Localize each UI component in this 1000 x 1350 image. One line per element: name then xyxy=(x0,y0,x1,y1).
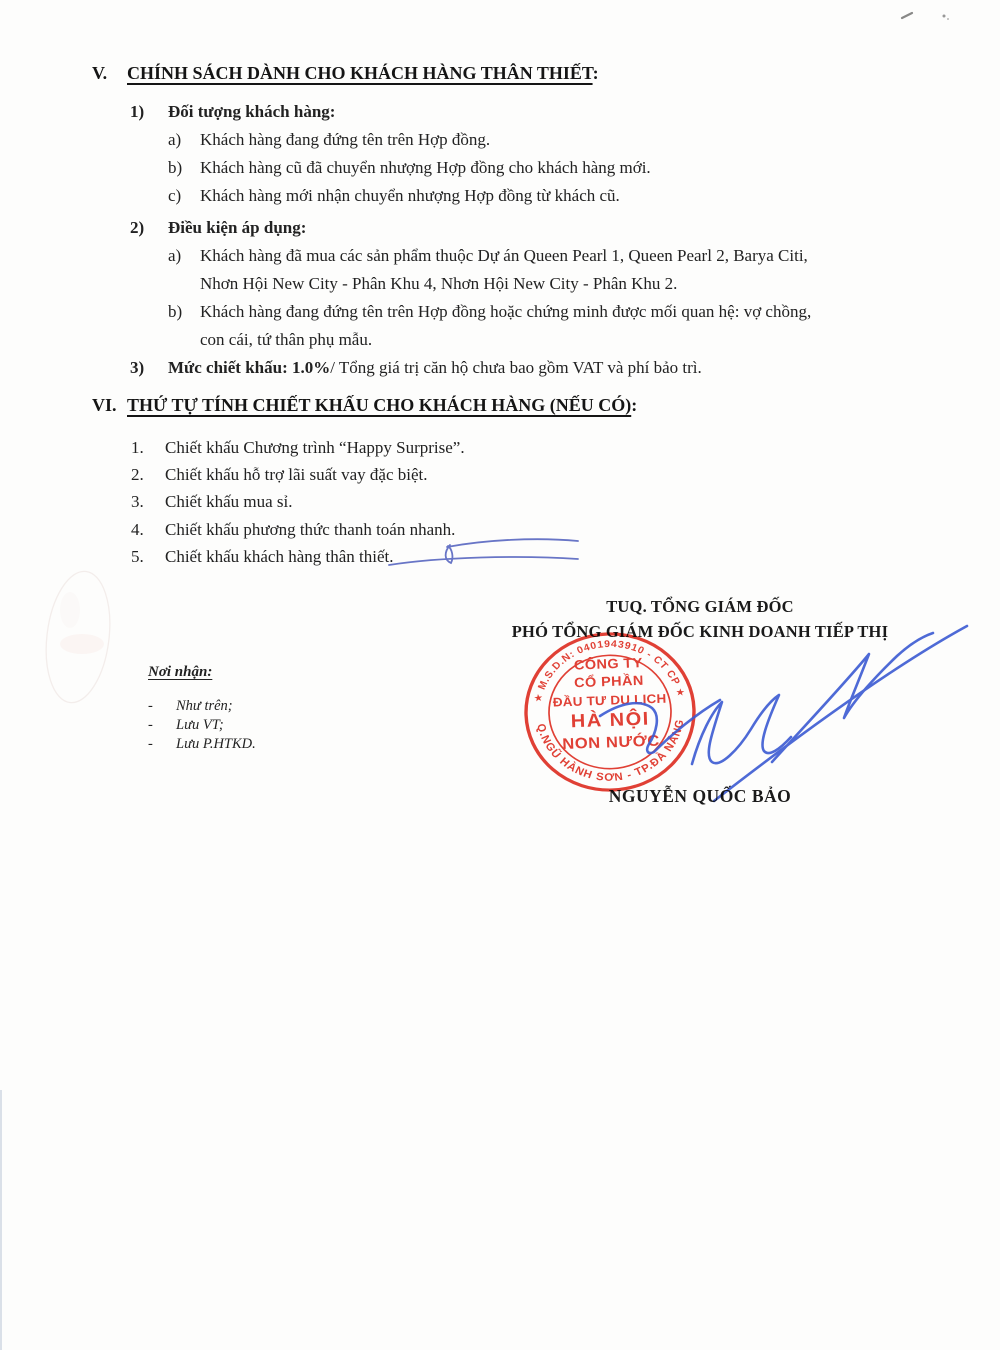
section-vi-title: THỨ TỰ TÍNH CHIẾT KHẤU CHO KHÁCH HÀNG (N… xyxy=(127,395,631,415)
stamp-center-line3: ĐẦU TƯ DU LỊCH xyxy=(553,691,667,709)
item-number: 4. xyxy=(131,516,165,543)
recipient-dash: - xyxy=(148,697,176,716)
recipient-dash: - xyxy=(148,735,176,754)
signature-title-line1: TUQ. TỔNG GIÁM ĐỐC xyxy=(440,594,960,619)
section-v: V. CHÍNH SÁCH DÀNH CHO KHÁCH HÀNG THÂN T… xyxy=(92,60,944,382)
item-text: Chiết khấu phương thức thanh toán nhanh. xyxy=(165,516,455,543)
list-subitem: a) Khách hàng đang đứng tên trên Hợp đồn… xyxy=(92,126,944,154)
subitem-label: c) xyxy=(168,182,200,210)
item-heading: Đối tượng khách hàng: xyxy=(168,98,335,126)
item-label: 3) xyxy=(130,354,168,382)
subitem-text-line: Nhơn Hội New City - Phân Khu 4, Nhơn Hội… xyxy=(200,270,944,298)
list-subitem: b) Khách hàng cũ đã chuyển nhượng Hợp đồ… xyxy=(92,154,944,182)
list-item: 2) Điều kiện áp dụng: xyxy=(92,214,944,242)
section-v-colon: : xyxy=(593,63,599,83)
section-v-numeral: V. xyxy=(92,60,127,86)
section-vi: VI. THỨ TỰ TÍNH CHIẾT KHẤU CHO KHÁCH HÀN… xyxy=(92,392,944,570)
handwritten-signature xyxy=(600,626,967,801)
subitem-label: b) xyxy=(168,154,200,182)
ordered-item: 1. Chiết khấu Chương trình “Happy Surpri… xyxy=(92,434,944,461)
ordered-item: 4. Chiết khấu phương thức thanh toán nha… xyxy=(92,516,944,543)
section-vi-heading: VI. THỨ TỰ TÍNH CHIẾT KHẤU CHO KHÁCH HÀN… xyxy=(92,392,944,418)
list-subitem: b) Khách hàng đang đứng tên trên Hợp đồn… xyxy=(92,298,944,354)
section-vi-numeral: VI. xyxy=(92,392,127,418)
item-number: 1. xyxy=(131,434,165,461)
item-number: 5. xyxy=(131,543,165,570)
item-heading: Điều kiện áp dụng: xyxy=(168,214,306,242)
recipient-item: - Lưu P.HTKD. xyxy=(148,735,408,754)
signer-name: NGUYỄN QUỐC BẢO xyxy=(440,786,960,807)
subitem-text-line: con cái, tứ thân phụ mẫu. xyxy=(200,326,944,354)
stamp-ring-bottom-text: Q.NGŨ HÀNH SƠN - TP.ĐÀ NẴNG xyxy=(534,718,689,787)
item-label: 2) xyxy=(130,214,168,242)
stamp-center-line1: CÔNG TY xyxy=(574,654,644,673)
scan-speck-marks xyxy=(902,13,949,20)
recipients-heading: Nơi nhận: xyxy=(148,664,408,681)
signature-titles: TUQ. TỔNG GIÁM ĐỐC PHÓ TỔNG GIÁM ĐỐC KIN… xyxy=(440,594,960,644)
signature-stroke-long xyxy=(714,626,967,801)
item-text: Chiết khấu mua sỉ. xyxy=(165,488,292,515)
ordered-item: 2. Chiết khấu hỗ trợ lãi suất vay đặc bi… xyxy=(92,461,944,488)
list-subitem: a) Khách hàng đã mua các sản phẩm thuộc … xyxy=(92,242,944,298)
subitem-text-line: Khách hàng đang đứng tên trên Hợp đồng h… xyxy=(200,298,944,326)
scan-edge-artifact xyxy=(0,1090,2,1350)
recipient-text: Lưu VT; xyxy=(176,716,224,735)
stamp-center-line4: HÀ NỘI xyxy=(570,706,650,732)
list-subitem: c) Khách hàng mới nhận chuyển nhượng Hợp… xyxy=(92,182,944,210)
list-item: 1) Đối tượng khách hàng: xyxy=(92,98,944,126)
recipient-dash: - xyxy=(148,716,176,735)
signature-stroke-zigzag xyxy=(772,633,933,762)
discount-rate-bold: Mức chiết khấu: 1.0% xyxy=(168,358,330,377)
stamp-inner-ring xyxy=(547,653,673,771)
subitem-text-line: Khách hàng đã mua các sản phẩm thuộc Dự … xyxy=(200,242,944,270)
subitem-label: a) xyxy=(168,126,200,154)
stamp-center-line5: NON NƯỚC xyxy=(562,731,660,753)
signature-stroke-squiggle xyxy=(692,695,791,764)
ghost-stamp xyxy=(39,568,117,707)
item-text: Chiết khấu khách hàng thân thiết. xyxy=(165,543,394,570)
subitem-label: a) xyxy=(168,242,200,270)
item-label: 1) xyxy=(130,98,168,126)
recipient-item: - Lưu VT; xyxy=(148,716,408,735)
signature-title-line2: PHÓ TỔNG GIÁM ĐỐC KINH DOANH TIẾP THỊ xyxy=(440,619,960,644)
signature-stroke-curve xyxy=(600,700,720,753)
svg-text:Q.NGŨ HÀNH SƠN - TP.ĐÀ NẴNG: Q.NGŨ HÀNH SƠN - TP.ĐÀ NẴNG xyxy=(534,718,689,787)
section-v-heading: V. CHÍNH SÁCH DÀNH CHO KHÁCH HÀNG THÂN T… xyxy=(92,60,944,86)
recipient-item: - Như trên; xyxy=(148,697,408,716)
recipient-text: Lưu P.HTKD. xyxy=(176,735,256,754)
subitem-text: Khách hàng cũ đã chuyển nhượng Hợp đồng … xyxy=(200,154,944,182)
ordered-item: 3. Chiết khấu mua sỉ. xyxy=(92,488,944,515)
stamp-ring-top-text: ★ M.S.D.N: 0401943910 - CT CP ★ xyxy=(530,637,686,704)
list-item: 3) Mức chiết khấu: 1.0%/ Tổng giá trị că… xyxy=(92,354,944,382)
discount-rate-rest: / Tổng giá trị căn hộ chưa bao gồm VAT v… xyxy=(330,358,702,377)
subitem-text: Khách hàng mới nhận chuyển nhượng Hợp đồ… xyxy=(200,182,944,210)
item-text: Chiết khấu hỗ trợ lãi suất vay đặc biệt. xyxy=(165,461,428,488)
svg-text:★ M.S.D.N: 0401943910 - CT CP: ★ M.S.D.N: 0401943910 - CT CP ★ xyxy=(530,637,686,704)
stamp-outer-ring xyxy=(523,631,696,793)
item-text: Chiết khấu Chương trình “Happy Surprise”… xyxy=(165,434,465,461)
recipient-text: Như trên; xyxy=(176,697,233,716)
subitem-label: b) xyxy=(168,298,200,326)
item-number: 2. xyxy=(131,461,165,488)
stamp-center-line2: CỔ PHẦN xyxy=(574,671,644,690)
company-stamp: ★ M.S.D.N: 0401943910 - CT CP ★ Q.NGŨ HÀ… xyxy=(523,631,696,793)
section-v-title: CHÍNH SÁCH DÀNH CHO KHÁCH HÀNG THÂN THIẾ… xyxy=(127,63,593,83)
section-vi-colon: : xyxy=(631,395,637,415)
document-page: V. CHÍNH SÁCH DÀNH CHO KHÁCH HÀNG THÂN T… xyxy=(0,0,1000,1350)
recipients-block: Nơi nhận: - Như trên; - Lưu VT; - Lưu P.… xyxy=(148,664,408,754)
item-number: 3. xyxy=(131,488,165,515)
ordered-item: 5. Chiết khấu khách hàng thân thiết. xyxy=(92,543,944,570)
subitem-text: Khách hàng đang đứng tên trên Hợp đồng. xyxy=(200,126,944,154)
